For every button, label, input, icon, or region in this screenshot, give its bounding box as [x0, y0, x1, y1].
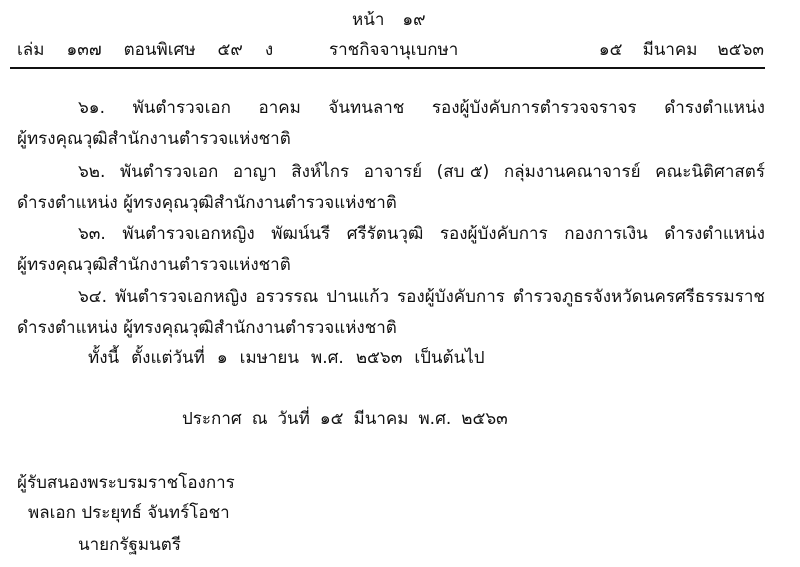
entry-first-name: อาญา — [233, 158, 277, 185]
signatory-title: นายกรัฐมนตรี — [78, 531, 181, 558]
effective-era: พ.ศ. — [311, 348, 344, 368]
entry-61-line1: ๖๑. พันตำรวจเอก อาคม จันทนลาช รองผู้บังค… — [78, 94, 765, 121]
entry-64-line2: ดำรงตำแหน่ง ผู้ทรงคุณวุฒิสำนักงานตำรวจแห… — [17, 314, 765, 341]
entry-62-line2: ดำรงตำแหน่ง ผู้ทรงคุณวุฒิสำนักงานตำรวจแห… — [17, 189, 765, 216]
effective-year: ๒๕๖๓ — [356, 348, 402, 368]
entry-grade: (สบ ๕) — [437, 158, 490, 185]
entry-division: ตำรวจภูธรจังหวัดนครศรีธรรมราช — [513, 283, 765, 310]
entry-appointment: ดำรงตำแหน่ง — [664, 220, 765, 247]
signatory-name: พลเอก ประยุทธ์ จันทร์โอชา — [28, 499, 230, 526]
announcement-date: ประกาศณวันที่๑๕มีนาคมพ.ศ.๒๕๖๓ — [182, 405, 518, 432]
entry-rank: พันตำรวจเอกหญิง — [115, 283, 247, 310]
announce-date-label: วันที่ — [277, 409, 309, 429]
entry-number: ๖๔. — [78, 283, 107, 310]
effective-month: เมษายน — [240, 348, 299, 368]
entry-division: กองการเงิน — [564, 220, 648, 247]
entry-last-name: ปานแก้ว — [326, 283, 389, 310]
entry-number: ๖๓. — [78, 220, 106, 247]
entry-department: กลุ่มงานคณาจารย์ — [504, 158, 641, 185]
entry-number: ๖๑. — [78, 94, 105, 121]
header-divider — [10, 67, 765, 69]
entry-62-line1: ๖๒. พันตำรวจเอก อาญา สิงห์ไกร อาจารย์ (ส… — [78, 158, 765, 185]
page-number: หน้า๑๙ — [352, 6, 426, 33]
entry-faculty: คณะนิติศาสตร์ — [655, 158, 765, 185]
page-number-value: ๑๙ — [402, 10, 425, 30]
entry-position: รองผู้บังคับการ — [440, 220, 548, 247]
entry-position: รองผู้บังคับการ — [397, 283, 505, 310]
entry-rank: พันตำรวจเอก — [120, 158, 218, 185]
entry-rank: พันตำรวจเอก — [133, 94, 231, 121]
volume-number: ๑๓๗ — [66, 40, 101, 60]
entry-appointment: ดำรงตำแหน่ง — [664, 94, 765, 121]
entry-position: รองผู้บังคับการตำรวจจราจร — [432, 94, 637, 121]
announce-era: พ.ศ. — [418, 409, 451, 429]
effective-date-statement: ทั้งนี้ตั้งแต่วันที่๑เมษายนพ.ศ.๒๕๖๓เป็นต… — [88, 344, 497, 371]
entry-number: ๖๒. — [78, 158, 105, 185]
entry-63-line1: ๖๓. พันตำรวจเอกหญิง พัฒน์นรี ศรีรัตนวุฒิ… — [78, 220, 765, 247]
issue-label: ตอนพิเศษ — [124, 40, 196, 60]
announce-day: ๑๕ — [320, 409, 344, 429]
entry-61-line2: ผู้ทรงคุณวุฒิสำนักงานตำรวจแห่งชาติ — [17, 125, 765, 152]
entry-last-name: ศรีรัตนวุฒิ — [347, 220, 424, 247]
entry-last-name: สิงห์ไกร — [291, 158, 349, 185]
announce-at: ณ — [252, 409, 268, 429]
volume-label: เล่ม — [17, 40, 44, 60]
date-year: ๒๕๖๓ — [718, 40, 764, 60]
entry-rank: พันตำรวจเอกหญิง — [122, 220, 254, 247]
entry-position: อาจารย์ — [364, 158, 422, 185]
effective-onward: เป็นต้นไป — [414, 348, 484, 368]
header-date: ๑๕มีนาคม๒๕๖๓ — [579, 36, 764, 63]
announce-year: ๒๕๖๓ — [461, 409, 507, 429]
gazette-header: เล่ม๑๓๗ตอนพิเศษ๕๙ง ราชกิจจานุเบกษา ๑๕มีน… — [17, 36, 764, 60]
announce-month: มีนาคม — [354, 409, 409, 429]
page-label: หน้า — [352, 10, 384, 30]
effective-word: ทั้งนี้ — [88, 348, 119, 368]
entry-64-line1: ๖๔. พันตำรวจเอกหญิง อรวรรณ ปานแก้ว รองผู… — [78, 283, 765, 310]
entry-first-name: อรวรรณ — [255, 283, 318, 310]
countersign-label: ผู้รับสนองพระบรมราชโองการ — [17, 469, 235, 496]
date-month: มีนาคม — [643, 40, 698, 60]
announce-word: ประกาศ — [182, 409, 242, 429]
entry-last-name: จันทนลาช — [328, 94, 404, 121]
effective-day: ๑ — [217, 348, 228, 368]
entry-first-name: อาคม — [259, 94, 301, 121]
issue-section: ง — [265, 40, 273, 60]
date-day: ๑๕ — [599, 40, 623, 60]
entry-63-line2: ผู้ทรงคุณวุฒิสำนักงานตำรวจแห่งชาติ — [17, 251, 765, 278]
effective-from: ตั้งแต่วันที่ — [131, 348, 205, 368]
volume-issue-info: เล่ม๑๓๗ตอนพิเศษ๕๙ง — [17, 36, 295, 63]
publication-title: ราชกิจจานุเบกษา — [329, 36, 458, 63]
entry-first-name: พัฒน์นรี — [271, 220, 330, 247]
issue-number: ๕๙ — [218, 40, 243, 60]
